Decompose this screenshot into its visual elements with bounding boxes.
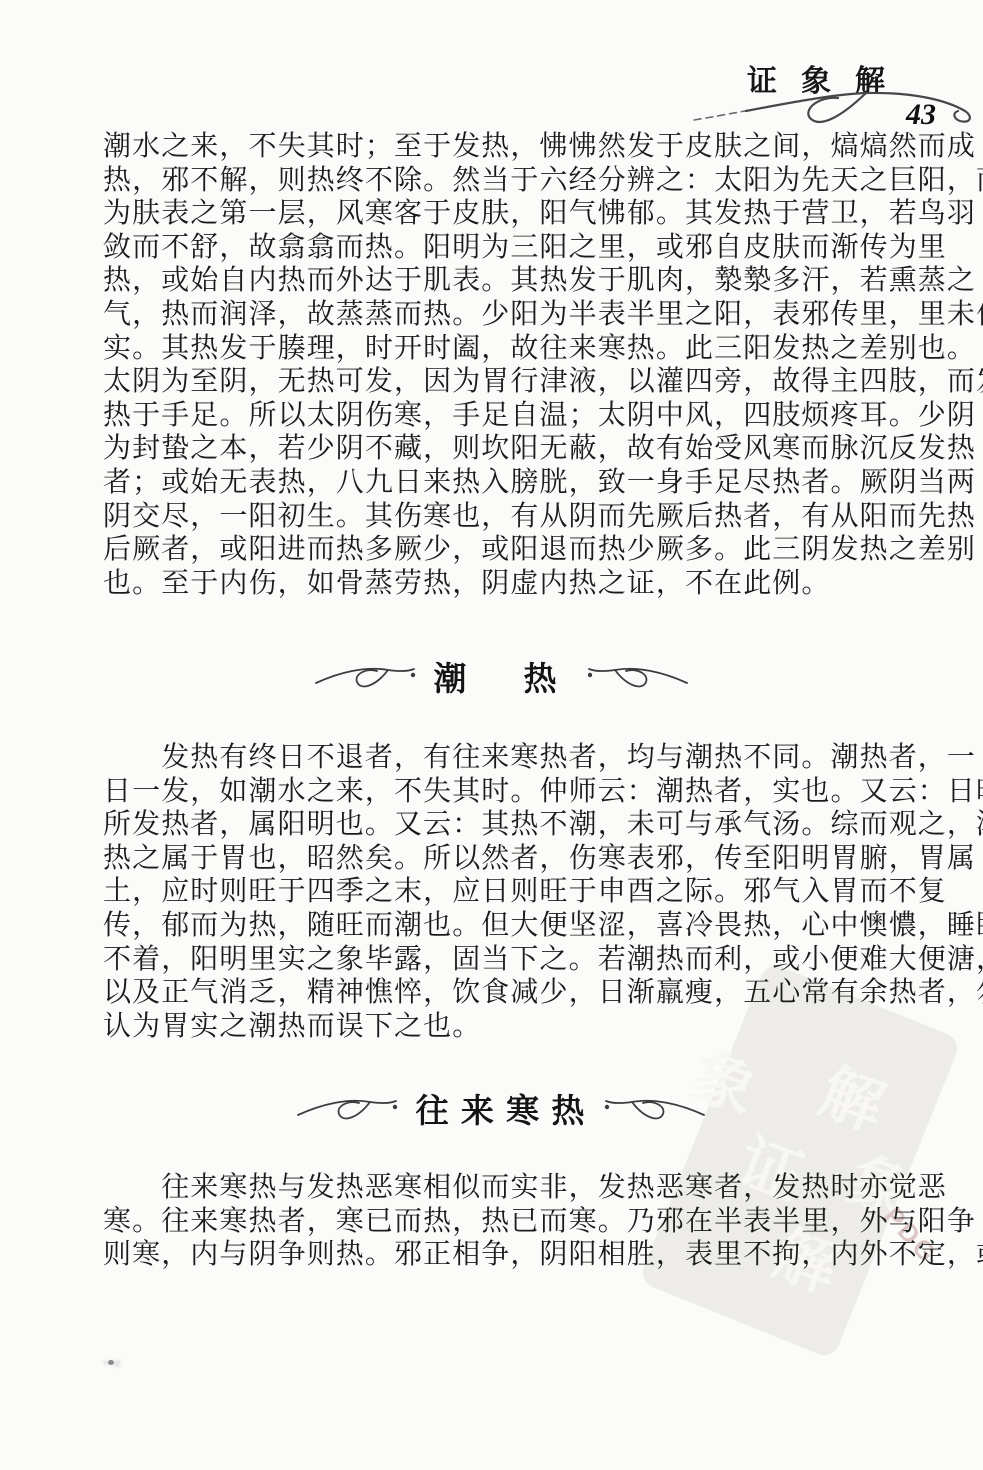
scan-speck (108, 1360, 114, 1365)
section-heading-wanglai: 往 来 寒 热 (103, 1085, 899, 1132)
text-line: 太阴为至阴，无热可发，因为胃行津液，以灌四旁，故得主四肢，而发 (103, 365, 899, 399)
text-line: 所发热者，属阳明也。又云：其热不潮，未可与承气汤。综而观之，潮 (103, 808, 899, 842)
text-line: 热之属于胃也，昭然矣。所以然者，伤寒表邪，传至阳明胃腑，胃属 (103, 842, 899, 876)
paragraph-wanglai: 往来寒热与发热恶寒相似而实非，发热恶寒者，发热时亦觉恶寒。往来寒热者，寒已而热，… (103, 1171, 899, 1272)
text-line: 传，郁而为热，随旺而潮也。但大便坚涩，喜冷畏热，心中懊憹，睡卧 (103, 909, 899, 943)
text-line: 为肤表之第一层，风寒客于皮肤，阳气怫郁。其发热于营卫，若鸟羽 (103, 197, 899, 231)
text-line: 日一发，如潮水之来，不失其时。仲师云：潮热者，实也。又云：日晡 (103, 775, 899, 809)
book-page: 证象解 43 潮水之来，不失其时；至于发热，怫怫然发于皮肤之间，熇熇然而成热，邪… (0, 0, 983, 1470)
flourish-left-icon (314, 661, 418, 693)
text-line: 不着，阳明里实之象毕露，固当下之。若潮热而利，或小便难大便溏， (103, 943, 899, 977)
paragraph-intro: 潮水之来，不失其时；至于发热，怫怫然发于皮肤之间，熇熇然而成热，邪不解，则热终不… (103, 130, 899, 600)
text-line: 阴交尽，一阳初生。其伤寒也，有从阴而先厥后热者，有从阳而先热 (103, 500, 899, 534)
text-line: 者；或始无表热，八九日来热入膀胱，致一身手足尽热者。厥阴当两 (103, 466, 899, 500)
text-line: 往来寒热与发热恶寒相似而实非，发热恶寒者，发热时亦觉恶 (103, 1171, 899, 1205)
flourish-left-icon (296, 1093, 400, 1125)
paragraph-chaore: 发热有终日不退者，有往来寒热者，均与潮热不同。潮热者，一日一发，如潮水之来，不失… (103, 741, 899, 1043)
text-line: 敛而不舒，故翕翕而热。阳明为三阳之里，或邪自皮肤而渐传为里 (103, 231, 899, 265)
heading-text-wanglai: 往 来 寒 热 (416, 1085, 587, 1132)
text-line: 热，邪不解，则热终不除。然当于六经分辨之：太阳为先天之巨阳，而 (103, 164, 899, 198)
flourish-right-icon (602, 1093, 706, 1125)
text-line: 实。其热发于腠理，时开时阖，故往来寒热。此三阳发热之差别也。 (103, 332, 899, 366)
text-line: 热，或始自内热而外达于肌表。其热发于肌肉，漐漐多汗，若熏蒸之 (103, 264, 899, 298)
text-line: 也。至于内伤，如骨蒸劳热，阴虚内热之证，不在此例。 (103, 567, 899, 601)
text-line: 以及正气消乏，精神憔悴，饮食减少，日渐羸瘦，五心常有余热者，勿 (103, 976, 899, 1010)
text-line: 气，热而润泽，故蒸蒸而热。少阳为半表半里之阳，表邪传里，里未作 (103, 298, 899, 332)
heading-text-chaore: 潮 热 (434, 653, 569, 700)
flourish-right-icon (585, 661, 689, 693)
page-number: 43 (906, 98, 936, 132)
text-line: 则寒，内与阴争则热。邪正相争，阴阳相胜，表里不拘，内外不定，或 (103, 1238, 899, 1272)
watermark: 象 解 证 象 解 PDG (635, 1008, 983, 1328)
text-line: 发热有终日不退者，有往来寒热者，均与潮热不同。潮热者，一 (103, 741, 899, 775)
text-line: 热于手足。所以太阴伤寒，手足自温；太阴中风，四肢烦疼耳。少阴 (103, 399, 899, 433)
text-line: 后厥者，或阳进而热多厥少，或阳退而热少厥多。此三阴发热之差别 (103, 533, 899, 567)
text-line: 寒。往来寒热者，寒已而热，热已而寒。乃邪在半表半里，外与阳争 (103, 1205, 899, 1239)
text-line: 土，应时则旺于四季之末，应日则旺于申酉之际。邪气入胃而不复 (103, 875, 899, 909)
section-heading-chaore: 潮 热 (103, 653, 899, 700)
header-swirl-icon (688, 84, 983, 144)
text-line: 为封蛰之本，若少阴不藏，则坎阳无蔽，故有始受风寒而脉沉反发热 (103, 432, 899, 466)
text-line: 认为胃实之潮热而误下之也。 (103, 1010, 899, 1044)
